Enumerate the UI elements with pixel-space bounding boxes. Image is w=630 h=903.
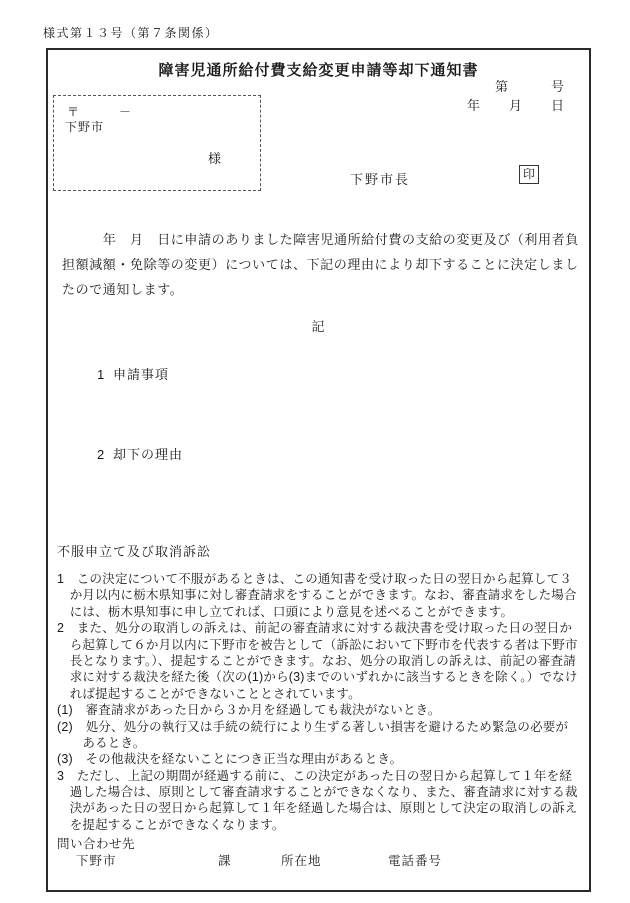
appeal-line: 求に対する裁決を経た後（次の(1)から(3)までのいずれかに該当するときを除く。… [57,669,587,685]
mayor-title: 下野市長 [350,169,410,188]
notice-document-frame: 障害児通所給付費支給変更申請等却下通知書 第 号 年 月 日 〒 － 下野市 様… [46,48,591,892]
body-line: 担額減額・免除等の変更）については、下記の理由により却下することに決定しまし [62,252,582,277]
appeal-line: 長となります。）、提起することができます。なお、処分の取消しの訴えは、前記の審査… [57,653,587,669]
contact-phone-label: 電話番号 [388,851,442,869]
body-line: 年 月 日に申請のありました障害児通所給付費の支給の変更及び（利用者負 [62,227,582,252]
appeal-line: には、栃木県知事に申し立てれば、口頭により意見を述べることができます。 [57,604,587,620]
appeal-line: (3) その他裁決を経ないことにつき正当な理由があるとき。 [57,751,587,767]
addressee-honorific: 様 [208,148,221,167]
contact-section-label: 課 [218,851,232,869]
appeal-line: か月以内に栃木県知事に対し審査請求をすることができます。なお、審査請求をした場合 [57,587,587,603]
section-item-rejection-reason: 2却下の理由 [97,444,183,463]
doc-number-line: 第 号 [467,77,565,96]
section-label: 申請事項 [113,367,169,382]
appeal-line: 1 この決定について不服があるときは、この通知書を受け取った日の翌日から起算して… [57,571,587,587]
contact-city: 下野市 [76,851,117,869]
appeal-line: 過した場合は、原則として審査請求することができなくなり、また、審査請求に対する裁 [57,784,587,800]
body-line: たので通知します。 [62,277,582,302]
appeal-line: れば提起することができないこととされています。 [57,686,587,702]
addressee-city: 下野市 [65,118,104,135]
section-number: 1 [97,367,113,382]
appeal-line: ら起算して６か月以内に下野市を被告として（訴訟において下野市を代表する者は下野市 [57,637,587,653]
form-number-label: 様式第１３号（第７条関係） [43,24,219,41]
appeal-line: 2 また、処分の取消しの訴えは、前記の審査請求に対する裁決書を受け取った日の翌日… [57,620,587,636]
appeal-line: (2) 処分、処分の執行又は手続の続行により生ずる著しい損害を避けるため緊急の必… [57,719,587,735]
appeal-line: あるとき。 [57,735,587,751]
appeal-text-block: 1 この決定について不服があるときは、この通知書を受け取った日の翌日から起算して… [57,571,587,833]
appeal-line: 決があった日の翌日から起算して１年を経過した場合は、原則として決定の取消しの訴え [57,800,587,816]
doc-number-block: 第 号 年 月 日 [467,77,565,115]
addressee-box: 〒 － 下野市 様 [53,95,261,191]
appeal-heading: 不服申立て及び取消訴訟 [57,541,211,560]
contact-row: 下野市 課 所在地 電話番号 [48,851,589,867]
ki-separator: 記 [48,316,589,335]
appeal-line: を提起することができなくなります。 [57,817,587,833]
contact-address-label: 所在地 [281,851,322,869]
issue-date-line: 年 月 日 [467,96,565,115]
section-item-application: 1申請事項 [97,364,169,383]
section-label: 却下の理由 [113,447,183,462]
appeal-line: 3 ただし、上記の期間が経過する前に、この決定があった日の翌日から起算して１年を… [57,768,587,784]
body-paragraph: 年 月 日に申請のありました障害児通所給付費の支給の変更及び（利用者負 担額減額… [62,227,582,302]
appeal-line: (1) 審査請求があった日から３か月を経過しても裁決がないとき。 [57,702,587,718]
contact-heading: 問い合わせ先 [57,834,135,852]
section-number: 2 [97,447,113,462]
seal-stamp: 印 [519,165,539,184]
